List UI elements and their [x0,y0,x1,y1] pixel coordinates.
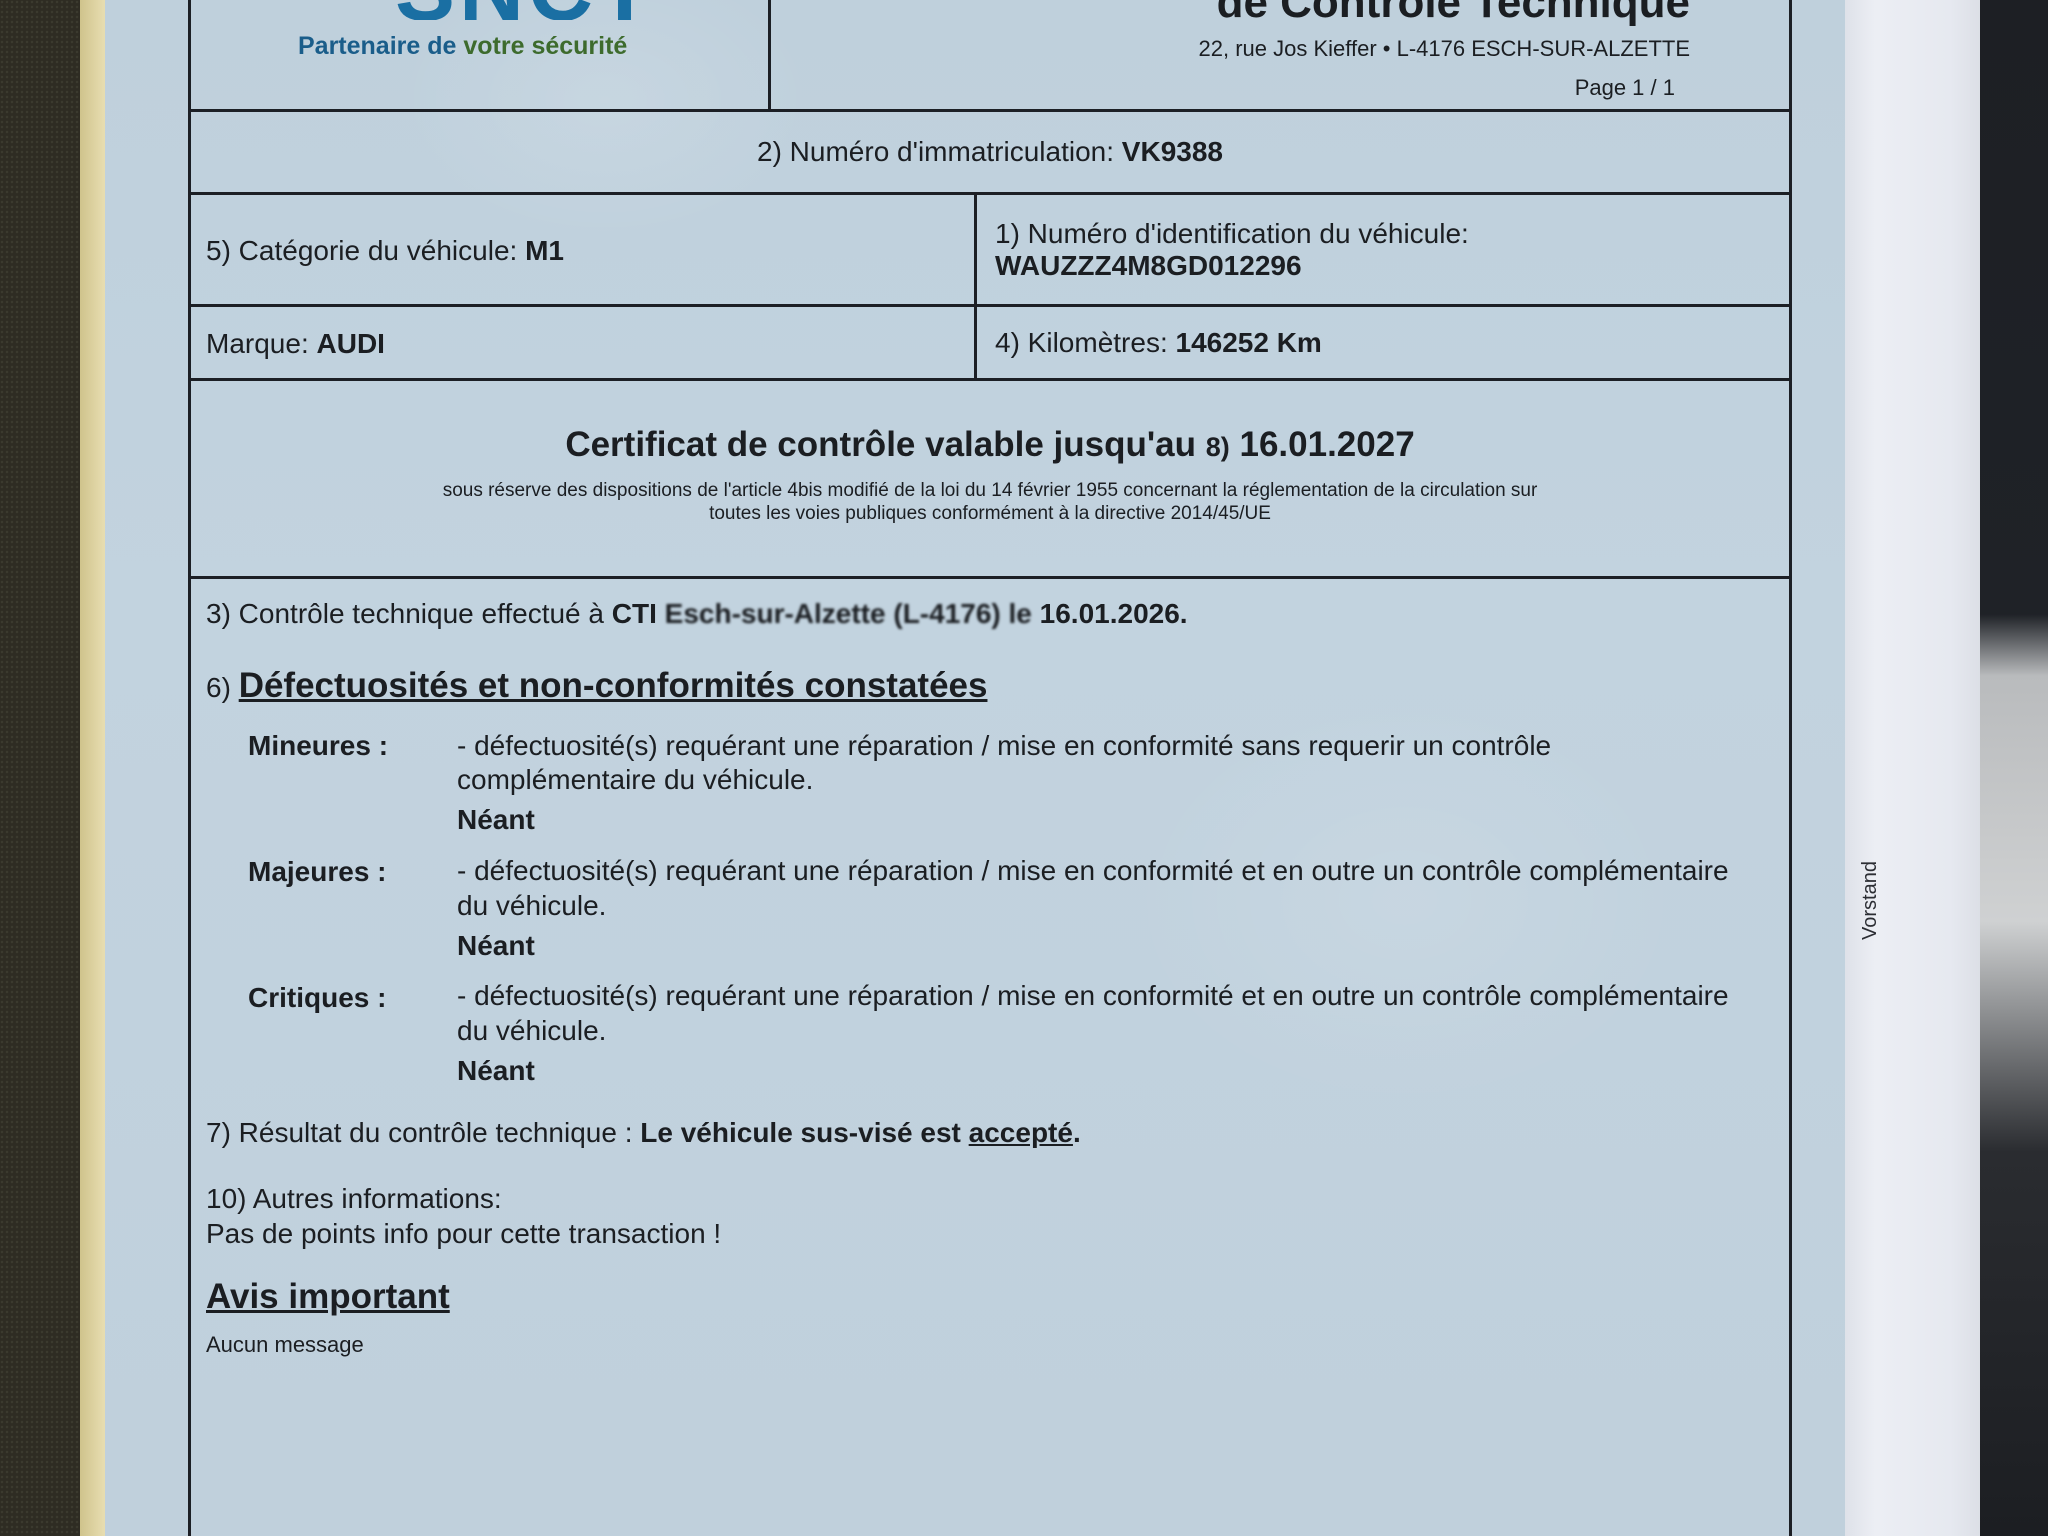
km-field: 4) Kilomètres: 146252 Km [995,327,1322,359]
legal-note-line1: sous réserve des dispositions de l'artic… [105,480,1875,502]
notice-text: Aucun message [206,1332,364,1358]
table-divider [974,192,977,380]
header-divider [768,0,771,110]
certificate-validity: Certificat de contrôle valable jusqu'au … [105,425,1875,465]
minor-value: Néant [457,804,535,836]
major-value: Néant [457,930,535,962]
divider [188,109,1792,112]
divider [188,378,1792,381]
notice-heading: Avis important [206,1277,450,1317]
divider [188,576,1792,579]
other-info-text: Pas de points info pour cette transactio… [206,1218,721,1250]
redacted-location: Esch-sur-Alzette (L-4176) le [665,598,1032,629]
certificate-document: SNCT Partenaire de votre sécurité de Con… [105,0,1845,1536]
vin-label: 1) Numéro d'identification du véhicule: [995,218,1469,250]
defects-heading: 6) Défectuosités et non-conformités cons… [206,666,987,706]
vin-value: WAUZZZ4M8GD012296 [995,250,1302,282]
logo-mark: SNCT [395,0,765,20]
other-info-label: 10) Autres informations: [206,1183,502,1215]
document-title: de Contrôle Technique [1217,0,1690,28]
logo-tagline: Partenaire de votre sécurité [298,32,627,61]
inspection-result: 7) Résultat du contrôle technique : Le v… [206,1117,1081,1149]
page-number: Page 1 / 1 [1575,75,1675,101]
critical-value: Néant [457,1055,535,1087]
underlying-white-sheet [1830,0,1980,1536]
valid-until-date: 16.01.2027 [1240,425,1415,464]
inspection-date: 16.01.2026. [1040,598,1188,629]
registration-row: 2) Numéro d'immatriculation: VK9388 [105,136,1875,168]
divider [188,304,1792,307]
station-address: 22, rue Jos Kieffer • L-4176 ESCH-SUR-AL… [1199,36,1690,62]
divider [188,192,1792,195]
legal-note-line2: toutes les voies publiques conformément … [105,503,1875,525]
inspection-info: 3) Contrôle technique effectué à CTI Esc… [206,598,1188,630]
result-status: accepté [969,1117,1073,1148]
registration-number: VK9388 [1122,136,1223,167]
side-sheet-label: Vorstand [1840,850,1900,950]
category-field: 5) Catégorie du véhicule: M1 [206,235,564,267]
brand-field: Marque: AUDI [206,328,385,360]
